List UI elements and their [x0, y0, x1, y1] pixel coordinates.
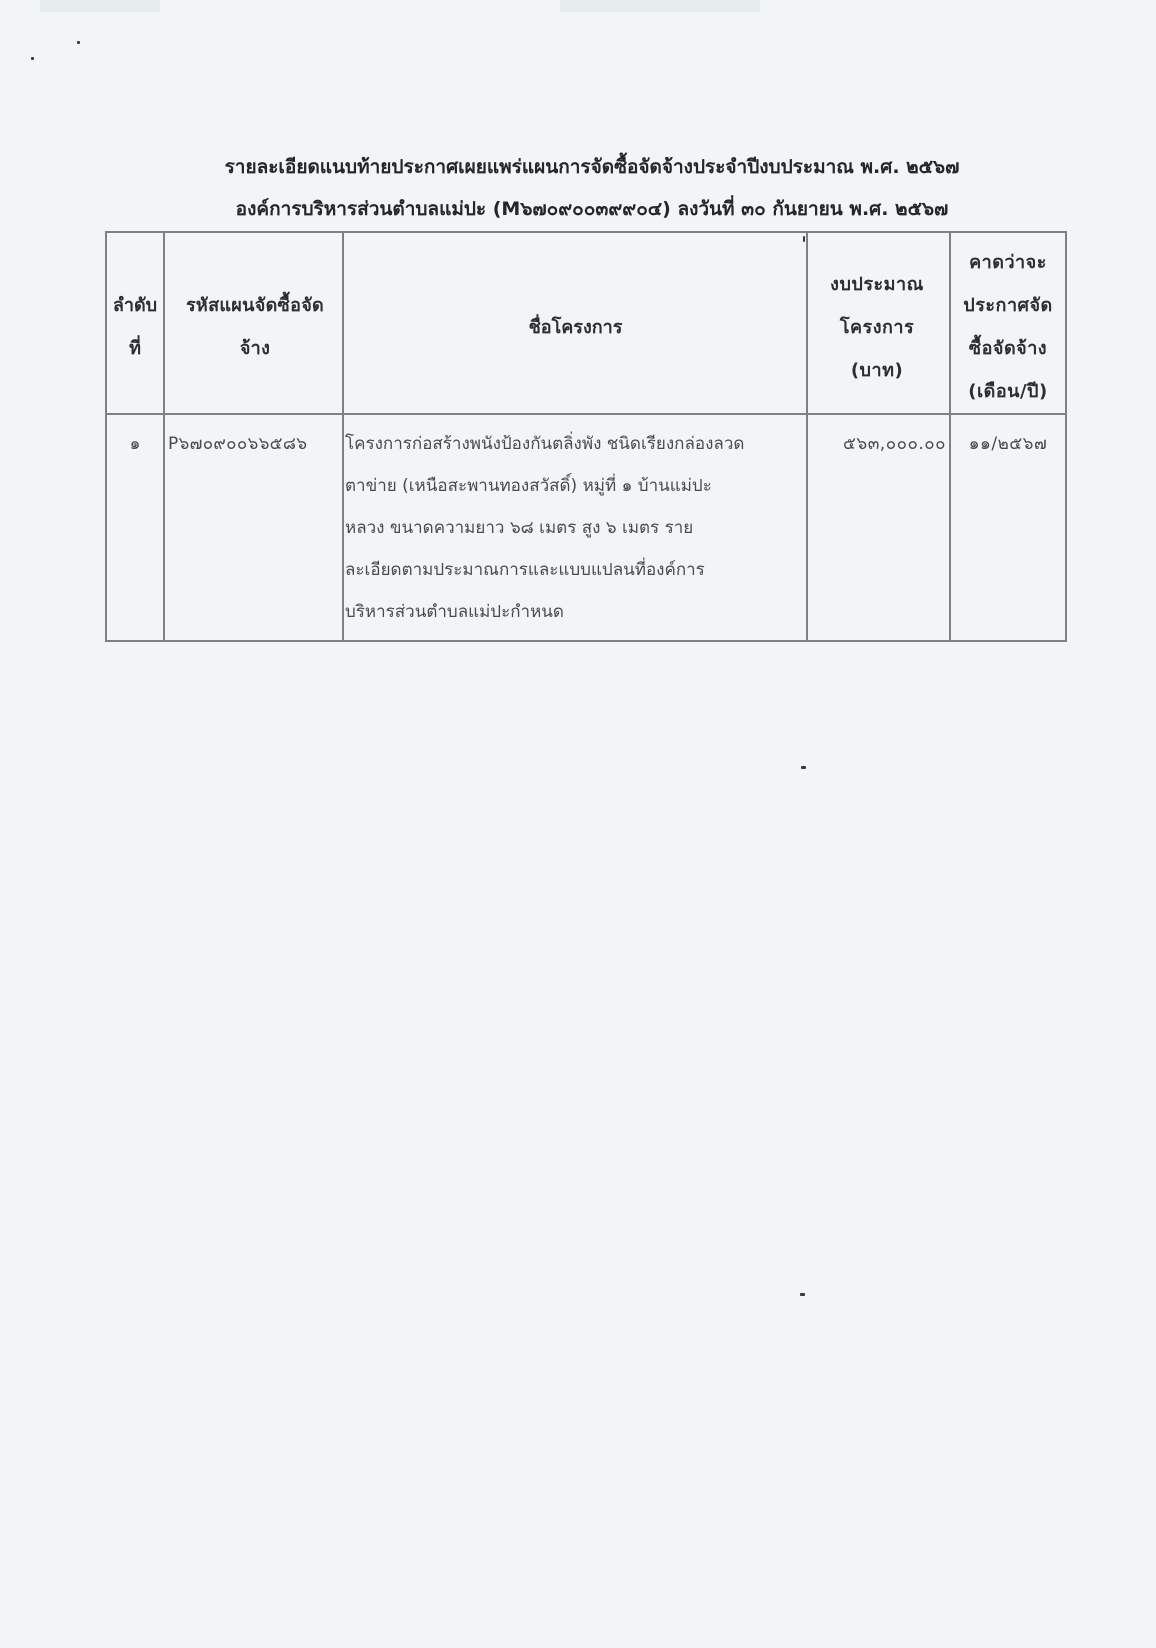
- cell-no: ๑: [106, 414, 164, 641]
- project-name-line: หลวง ขนาดความยาว ๖๘ เมตร สูง ๖ เมตร ราย: [345, 507, 806, 549]
- header-announce-line: ประกาศจัด: [951, 284, 1065, 327]
- header-announce-line: (เดือน/ปี): [951, 370, 1065, 413]
- header-budget-line: (บาท): [808, 349, 946, 392]
- header-announce-line: คาดว่าจะ: [951, 241, 1065, 284]
- header-budget-line: โครงการ: [808, 306, 946, 349]
- cell-budget: ๕๖๓,๐๐๐.๐๐: [807, 414, 950, 641]
- cell-plan-code: P๖๗๐๙๐๐๖๖๕๘๖: [164, 414, 343, 641]
- cell-announce-date: ๑๑/๒๕๖๗: [950, 414, 1066, 641]
- scan-artifact: [560, 0, 760, 12]
- document-title: รายละเอียดแนบท้ายประกาศเผยแพร่แผนการจัดซ…: [14, 152, 1156, 182]
- project-name-line: ตาข่าย (เหนือสะพานทองสวัสดิ์) หมู่ที่ ๑ …: [345, 465, 806, 507]
- header-no-line: ลำดับ: [107, 284, 163, 327]
- scan-speck: [800, 1293, 805, 1296]
- header-announce-date: คาดว่าจะ ประกาศจัด ซื้อจัดจ้าง (เดือน/ปี…: [950, 232, 1066, 414]
- scan-artifact: [40, 0, 160, 12]
- header-announce-line: ซื้อจัดจ้าง: [951, 327, 1065, 370]
- project-name-line: ละเอียดตามประมาณการและแบบแปลนที่องค์การ: [345, 549, 806, 591]
- header-project-name: ชื่อโครงการ: [343, 232, 807, 414]
- table-header-row: ลำดับ ที่ รหัสแผนจัดซื้อจัด จ้าง ชื่อโคร…: [106, 232, 1066, 414]
- header-plan-code: รหัสแผนจัดซื้อจัด จ้าง: [164, 232, 343, 414]
- cell-project-name: โครงการก่อสร้างพนังป้องกันตลิ่งพัง ชนิดเ…: [343, 414, 807, 641]
- document-subtitle: องค์การบริหารส่วนตำบลแม่ปะ (M๖๗๐๙๐๐๓๙๙๐๔…: [14, 194, 1156, 224]
- header-no: ลำดับ ที่: [106, 232, 164, 414]
- scan-speck: [31, 57, 34, 60]
- header-code-line: จ้าง: [168, 327, 342, 370]
- scan-speck: [801, 766, 806, 769]
- procurement-plan-table: ลำดับ ที่ รหัสแผนจัดซื้อจัด จ้าง ชื่อโคร…: [105, 231, 1067, 642]
- header-name-line: ชื่อโครงการ: [345, 306, 806, 349]
- scan-speck: [77, 41, 80, 44]
- header-budget: งบประมาณ โครงการ (บาท): [807, 232, 950, 414]
- header-no-line: ที่: [107, 327, 163, 370]
- header-budget-line: งบประมาณ: [808, 263, 946, 306]
- project-name-line: โครงการก่อสร้างพนังป้องกันตลิ่งพัง ชนิดเ…: [345, 423, 806, 465]
- table-row: ๑ P๖๗๐๙๐๐๖๖๕๘๖ โครงการก่อสร้างพนังป้องกั…: [106, 414, 1066, 641]
- project-name-line: บริหารส่วนตำบลแม่ปะกำหนด: [345, 591, 806, 633]
- header-code-line: รหัสแผนจัดซื้อจัด: [168, 284, 342, 327]
